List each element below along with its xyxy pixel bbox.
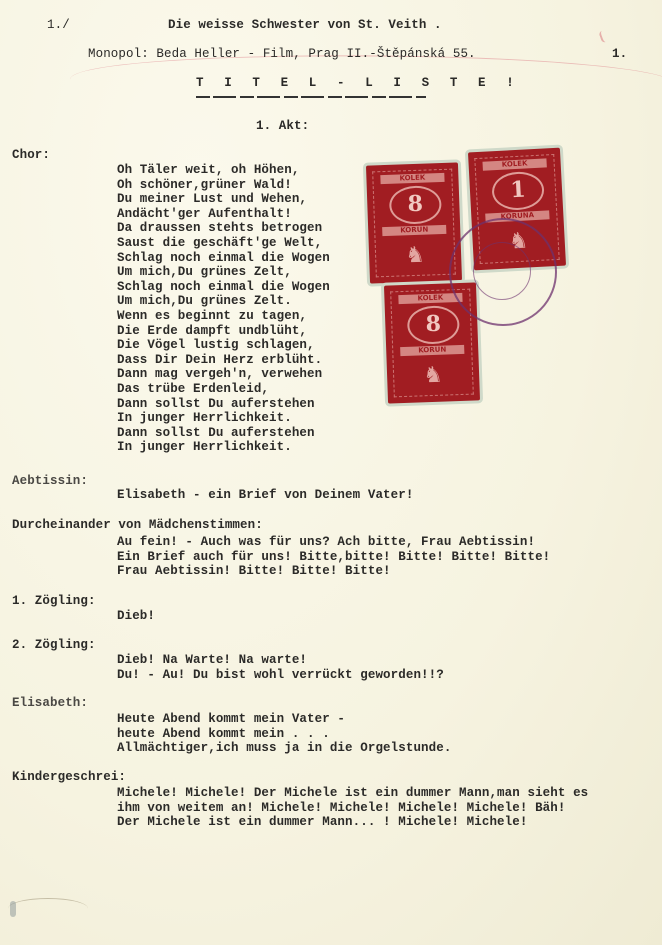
dialogue-line: ihm von weitem an! Michele! Michele! Mic… [117, 801, 588, 816]
dialogue-line: Du meiner Lust und Wehen, [117, 192, 330, 207]
dialogue-line: Dann mag vergeh'n, verwehen [117, 367, 330, 382]
dialogue-line: Dass Dir Dein Herz erblüht. [117, 353, 330, 368]
dialogue-line: heute Abend kommt mein . . . [117, 727, 451, 742]
stamp-label-mid: KORUN [382, 225, 446, 236]
dialogue-line: Andächt'ger Aufenthalt! [117, 207, 330, 222]
dialogue-lines: Dieb! [117, 609, 155, 624]
speaker-label: Durcheinander von Mädchenstimmen: [12, 518, 263, 533]
speaker-label: Elisabeth: [12, 696, 88, 711]
stamp-label-mid: KORUN [400, 345, 464, 356]
speaker-label: 2. Zögling: [12, 638, 96, 653]
lion-emblem-icon: ♞ [401, 240, 430, 273]
dialogue-lines: Dieb! Na Warte! Na warte!Du! - Au! Du bi… [117, 653, 444, 682]
speaker-label: Aebtissin: [12, 474, 88, 489]
dialogue-line: Schlag noch einmal die Wogen [117, 280, 330, 295]
dialogue-line: Der Michele ist ein dummer Mann... ! Mic… [117, 815, 588, 830]
dialogue-line: Allmächtiger,ich muss ja in die Orgelstu… [117, 741, 451, 756]
stamp-value: 8 [407, 305, 460, 345]
dialogue-lines: Heute Abend kommt mein Vater -heute Aben… [117, 712, 451, 756]
dialogue-lines: Oh Täler weit, oh Höhen,Oh schöner,grüne… [117, 163, 330, 455]
dialogue-line: Oh schöner,grüner Wald! [117, 178, 330, 193]
dialogue-line: Dieb! Na Warte! Na warte! [117, 653, 444, 668]
speaker-label: Chor: [12, 148, 50, 163]
dialogue-line: Dann sollst Du auferstehen [117, 426, 330, 441]
stamp-value: 1 [491, 171, 545, 212]
dialogue-line: Da draussen stehts betrogen [117, 221, 330, 236]
dialogue-line: Frau Aebtissin! Bitte! Bitte! Bitte! [117, 564, 550, 579]
stamp-label-top: KOLEK [398, 293, 462, 304]
dialogue-line: Wenn es beginnt zu tagen, [117, 309, 330, 324]
film-title: Die weisse Schwester von St. Veith . [168, 18, 442, 33]
sheet-number: 1./ [47, 18, 70, 33]
dialogue-line: Oh Täler weit, oh Höhen, [117, 163, 330, 178]
distributor-line: Monopol: Beda Heller - Film, Prag II.-Št… [88, 47, 476, 62]
dialogue-line: In junger Herrlichkeit. [117, 440, 330, 455]
dialogue-lines: Michele! Michele! Der Michele ist ein du… [117, 786, 588, 830]
act-heading: 1. Akt: [256, 119, 309, 134]
speaker-label: Kindergeschrei: [12, 770, 126, 785]
dialogue-line: Heute Abend kommt mein Vater - [117, 712, 451, 727]
stamp-label-top: KOLEK [380, 173, 444, 184]
dialogue-line: Du! - Au! Du bist wohl verrückt geworden… [117, 668, 444, 683]
dialogue-line: Au fein! - Auch was für uns? Ach bitte, … [117, 535, 550, 550]
speaker-label: 1. Zögling: [12, 594, 96, 609]
dialogue-line: Um mich,Du grünes Zelt. [117, 294, 330, 309]
dialogue-line: Die Vögel lustig schlagen, [117, 338, 330, 353]
dialogue-line: In junger Herrlichkeit. [117, 411, 330, 426]
lion-emblem-icon: ♞ [419, 360, 448, 393]
dialogue-line: Ein Brief auch für uns! Bitte,bitte! Bit… [117, 550, 550, 565]
dialogue-line: Schlag noch einmal die Wogen [117, 251, 330, 266]
title-underline [196, 96, 426, 98]
dialogue-lines: Elisabeth - ein Brief von Deinem Vater! [117, 488, 413, 503]
page-number: 1. [612, 47, 627, 62]
paper-stain [8, 898, 88, 919]
postmark-cancellation [449, 218, 557, 326]
dialogue-line: Michele! Michele! Der Michele ist ein du… [117, 786, 588, 801]
stamp-label-top: KOLEK [482, 158, 546, 170]
revenue-stamp: KOLEK 8 KORUN ♞ [366, 162, 462, 283]
list-title: T I T E L - L I S T E ! [196, 76, 520, 91]
dialogue-line: Um mich,Du grünes Zelt, [117, 265, 330, 280]
dialogue-line: Dieb! [117, 609, 155, 624]
dialogue-lines: Au fein! - Auch was für uns? Ach bitte, … [117, 535, 550, 579]
dialogue-line: Die Erde dampft undblüht, [117, 324, 330, 339]
stamp-value: 8 [389, 185, 442, 225]
dialogue-line: Dann sollst Du auferstehen [117, 397, 330, 412]
dialogue-line: Elisabeth - ein Brief von Deinem Vater! [117, 488, 413, 503]
dialogue-line: Das trübe Erdenleid, [117, 382, 330, 397]
dialogue-line: Saust die geschäft'ge Welt, [117, 236, 330, 251]
